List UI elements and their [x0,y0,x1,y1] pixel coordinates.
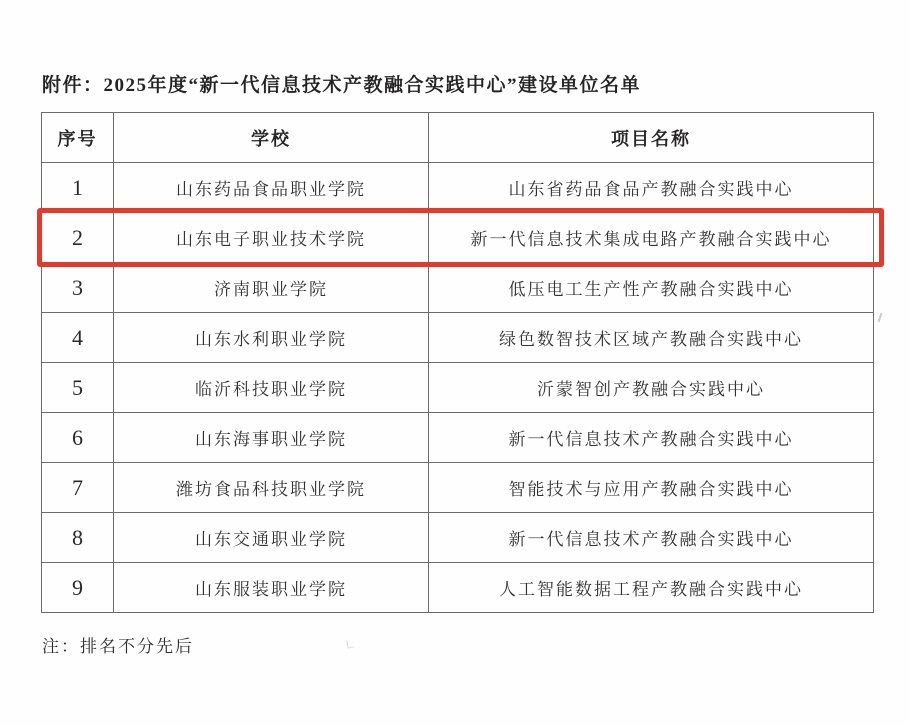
cell-project: 智能技术与应用产教融合实践中心 [429,463,874,513]
cell-project: 新一代信息技术集成电路产教融合实践中心 [429,213,874,263]
table-row: 6山东海事职业学院新一代信息技术产教融合实践中心 [42,413,874,463]
table-row: 9山东服装职业学院人工智能数据工程产教融合实践中心 [42,563,874,613]
col-header-school: 学校 [114,113,429,163]
table-row: 1山东药品食品职业学院山东省药品食品产教融合实践中心 [42,163,874,213]
table-row: 4山东水利职业学院绿色数智技术区域产教融合实践中心 [42,313,874,363]
col-header-no: 序号 [42,113,114,163]
cell-no: 7 [42,463,114,513]
scan-artifact [346,639,355,648]
table-row: 3济南职业学院低压电工生产性产教融合实践中心 [42,263,874,313]
cell-no: 8 [42,513,114,563]
unit-list-table: 序号 学校 项目名称 1山东药品食品职业学院山东省药品食品产教融合实践中心2山东… [41,112,874,613]
cell-project: 沂蒙智创产教融合实践中心 [429,363,874,413]
cell-project: 新一代信息技术产教融合实践中心 [429,513,874,563]
cell-school: 临沂科技职业学院 [114,363,429,413]
cell-no: 9 [42,563,114,613]
cell-no: 5 [42,363,114,413]
cell-no: 6 [42,413,114,463]
document-page: 附件：2025年度“新一代信息技术产教融合实践中心”建设单位名单 序号 学校 项… [0,0,909,726]
cell-no: 3 [42,263,114,313]
table-row: 7潍坊食品科技职业学院智能技术与应用产教融合实践中心 [42,463,874,513]
cell-school: 济南职业学院 [114,263,429,313]
col-header-project: 项目名称 [429,113,874,163]
cell-school: 山东交通职业学院 [114,513,429,563]
table-row: 5临沂科技职业学院沂蒙智创产教融合实践中心 [42,363,874,413]
scan-artifact [878,313,883,322]
attachment-title: 附件：2025年度“新一代信息技术产教融合实践中心”建设单位名单 [42,70,641,97]
cell-school: 山东药品食品职业学院 [114,163,429,213]
cell-project: 低压电工生产性产教融合实践中心 [429,263,874,313]
cell-school: 山东电子职业技术学院 [114,213,429,263]
cell-school: 山东服装职业学院 [114,563,429,613]
table-header-row: 序号 学校 项目名称 [42,113,874,163]
cell-project: 新一代信息技术产教融合实践中心 [429,413,874,463]
cell-school: 潍坊食品科技职业学院 [114,463,429,513]
cell-school: 山东海事职业学院 [114,413,429,463]
cell-school: 山东水利职业学院 [114,313,429,363]
cell-project: 绿色数智技术区域产教融合实践中心 [429,313,874,363]
cell-project: 山东省药品食品产教融合实践中心 [429,163,874,213]
footnote: 注：排名不分先后 [42,632,194,657]
cell-project: 人工智能数据工程产教融合实践中心 [429,563,874,613]
cell-no: 4 [42,313,114,363]
table-row: 8山东交通职业学院新一代信息技术产教融合实践中心 [42,513,874,563]
cell-no: 1 [42,163,114,213]
table-row: 2山东电子职业技术学院新一代信息技术集成电路产教融合实践中心 [42,213,874,263]
cell-no: 2 [42,213,114,263]
